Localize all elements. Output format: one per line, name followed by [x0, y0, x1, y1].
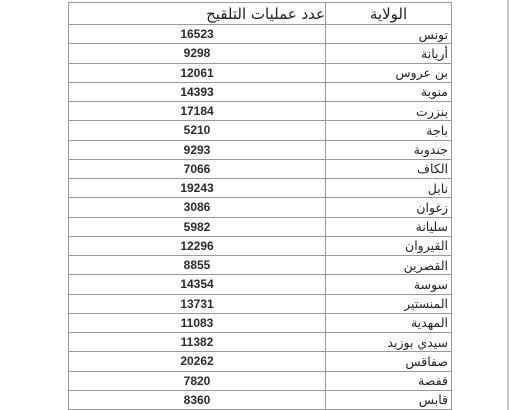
table-row: سليانة5982	[69, 217, 452, 236]
vaccination-count-cell: 5982	[69, 217, 326, 236]
scanned-table-page: الولاية عدد عمليات التلقيح تونس16523أريا…	[0, 0, 512, 410]
vaccination-table: الولاية عدد عمليات التلقيح تونس16523أريا…	[68, 2, 452, 410]
vaccination-count-cell: 19243	[69, 179, 326, 198]
table-body: تونس16523أريانة9298بن عروس12061منوبة1439…	[69, 25, 452, 410]
table-row: زغوان3086	[69, 198, 452, 217]
table-row: جندوبة9293	[69, 140, 452, 159]
table-row: باجة5210	[69, 121, 452, 140]
table-row: المهدية11083	[69, 313, 452, 332]
vaccination-count-cell: 20262	[69, 352, 326, 371]
header-row: الولاية عدد عمليات التلقيح	[69, 3, 452, 25]
table-row: القيروان12296	[69, 236, 452, 255]
governorate-cell: بنزرت	[326, 102, 452, 121]
table-row: بن عروس12061	[69, 63, 452, 82]
table-row: قفصة7820	[69, 371, 452, 390]
governorate-cell: سيدي بوزيد	[326, 333, 452, 352]
vaccination-count-cell: 9298	[69, 44, 326, 63]
table-row: منوبة14393	[69, 82, 452, 101]
governorate-cell: زغوان	[326, 198, 452, 217]
table-row: صفاقس20262	[69, 352, 452, 371]
scan-edge-artifact	[507, 0, 509, 410]
header-governorate: الولاية	[326, 3, 452, 25]
governorate-cell: القيروان	[326, 236, 452, 255]
governorate-cell: سليانة	[326, 217, 452, 236]
table-row: أريانة9298	[69, 44, 452, 63]
vaccination-count-cell: 3086	[69, 198, 326, 217]
governorate-cell: المهدية	[326, 313, 452, 332]
vaccination-count-cell: 12061	[69, 63, 326, 82]
table-row: القصرين8855	[69, 256, 452, 275]
header-vaccination-count: عدد عمليات التلقيح	[69, 3, 326, 25]
vaccination-count-cell: 12296	[69, 236, 326, 255]
table-row: سيدي بوزيد11382	[69, 333, 452, 352]
governorate-cell: الكاف	[326, 159, 452, 178]
vaccination-count-cell: 9293	[69, 140, 326, 159]
vaccination-count-cell: 17184	[69, 102, 326, 121]
vaccination-count-cell: 11382	[69, 333, 326, 352]
governorate-cell: صفاقس	[326, 352, 452, 371]
table-row: الكاف7066	[69, 159, 452, 178]
vaccination-count-cell: 14354	[69, 275, 326, 294]
governorate-cell: جندوبة	[326, 140, 452, 159]
vaccination-count-cell: 14393	[69, 82, 326, 101]
governorate-cell: باجة	[326, 121, 452, 140]
vaccination-count-cell: 11083	[69, 313, 326, 332]
governorate-cell: بن عروس	[326, 63, 452, 82]
table-row: المنستير13731	[69, 294, 452, 313]
table-row: نابل19243	[69, 179, 452, 198]
vaccination-count-cell: 8360	[69, 390, 326, 409]
table-row: قابس8360	[69, 390, 452, 409]
vaccination-count-cell: 16523	[69, 25, 326, 44]
table-row: بنزرت17184	[69, 102, 452, 121]
governorate-cell: منوبة	[326, 82, 452, 101]
governorate-cell: القصرين	[326, 256, 452, 275]
governorate-cell: تونس	[326, 25, 452, 44]
governorate-cell: نابل	[326, 179, 452, 198]
vaccination-count-cell: 8855	[69, 256, 326, 275]
table-row: تونس16523	[69, 25, 452, 44]
vaccination-count-cell: 5210	[69, 121, 326, 140]
table-row: سوسة14354	[69, 275, 452, 294]
governorate-cell: المنستير	[326, 294, 452, 313]
vaccination-count-cell: 7066	[69, 159, 326, 178]
vaccination-count-cell: 7820	[69, 371, 326, 390]
vaccination-count-cell: 13731	[69, 294, 326, 313]
governorate-cell: سوسة	[326, 275, 452, 294]
governorate-cell: قفصة	[326, 371, 452, 390]
governorate-cell: قابس	[326, 390, 452, 409]
governorate-cell: أريانة	[326, 44, 452, 63]
